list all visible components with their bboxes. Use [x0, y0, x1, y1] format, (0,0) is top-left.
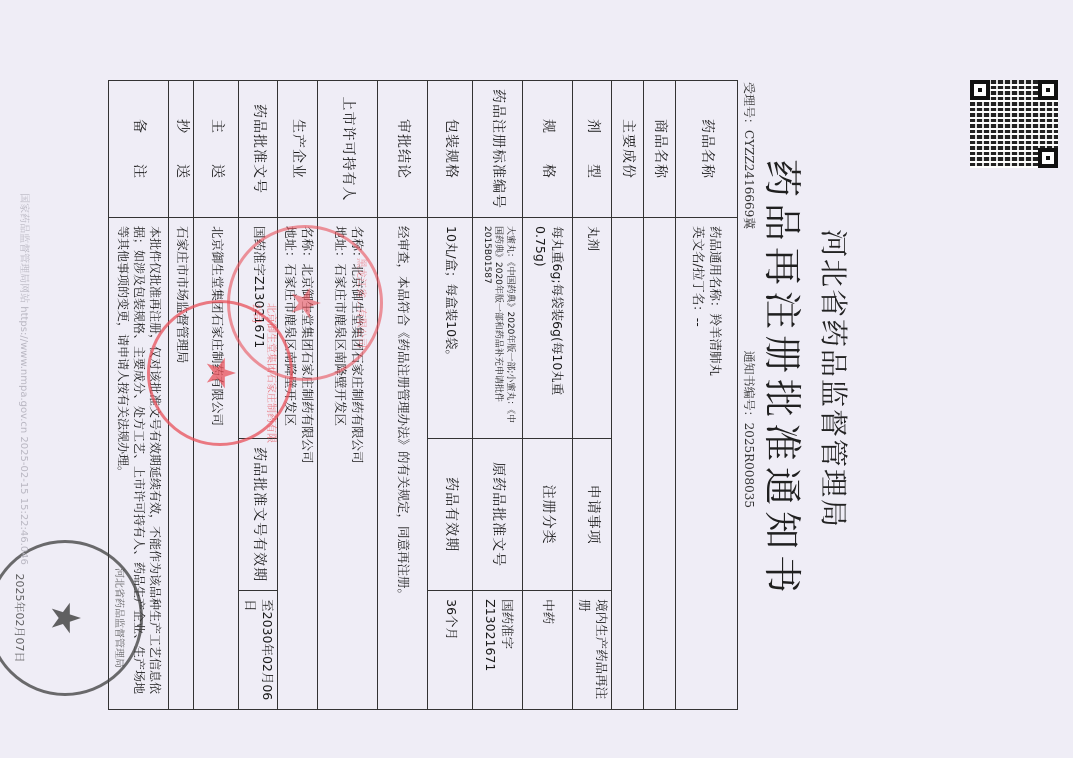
- document-title: 药品再注册批准通知书: [758, 0, 813, 758]
- value-original-approval-number: 国药准字Z13021671: [473, 591, 523, 710]
- row-standard-number: 药品注册标准编号 大蜜丸：《中国药典》2020年版一部;小蜜丸：《中国药典》20…: [473, 81, 523, 710]
- row-approval-number: 药品批准文号 国药准字Z13021671 药品批准文号有效期 至2030年02月…: [239, 81, 278, 710]
- label-standard-number: 药品注册标准编号: [473, 81, 523, 218]
- value-remarks: 本批件仅批准再注册，仅对该批准文号有效期延续有效，不能作为该品种生产工艺信息依据…: [109, 218, 169, 710]
- label-mah: 上市许可持有人: [318, 81, 378, 218]
- value-approval-validity: 至2030年02月06日: [239, 591, 278, 710]
- label-approval-number: 药品批准文号: [239, 81, 278, 218]
- issuing-authority: 河北省药品监督管理局: [815, 0, 855, 758]
- label-application-item: 申请事项: [573, 439, 612, 591]
- label-validity: 药品有效期: [428, 439, 473, 591]
- qr-code-icon: [970, 80, 1058, 168]
- label-drug-name: 药品名称: [676, 81, 738, 218]
- label-conclusion: 审批结论: [378, 81, 428, 218]
- label-recipient: 主 送: [194, 81, 239, 218]
- notice-number: 通知书编号：2025R008035: [741, 351, 758, 508]
- approval-form-table: 药品名称 药品通用名称：羚羊清肺丸 英文名/拉丁名：-- 商品名称 主要成份 剂…: [109, 80, 739, 710]
- label-registration-category: 注册分类: [523, 439, 573, 591]
- row-manufacturer: 生产企业 名称：北京御生堂集团石家庄制药有限公司 地址：石家庄市鹿泉区南降壁开发…: [278, 81, 318, 710]
- value-packaging: 10丸/盒；每盒装10袋。: [428, 218, 473, 439]
- label-remarks: 备 注: [109, 81, 169, 218]
- value-specification: 每丸重6g;每袋装6g(每10丸重0.75g): [523, 218, 573, 439]
- label-main-ingredients: 主要成份: [612, 81, 644, 218]
- value-dosage-form: 丸剂: [573, 218, 612, 439]
- value-conclusion: 经审查，本品符合《药品注册管理办法》的有关规定，同意再注册。: [378, 218, 428, 710]
- label-trade-name: 商品名称: [644, 81, 676, 218]
- row-cc: 抄 送 石家庄市市场监督管理局: [169, 81, 194, 710]
- row-drug-name: 药品名称 药品通用名称：羚羊清肺丸 英文名/拉丁名：--: [676, 81, 738, 710]
- approval-notice-page: 河北省药品监督管理局 药品再注册批准通知书 受理号：CYZZ2416669冀 通…: [0, 0, 1073, 758]
- row-recipient: 主 送 北京御生堂集团石家庄制药有限公司: [194, 81, 239, 710]
- value-recipient: 北京御生堂集团石家庄制药有限公司: [194, 218, 239, 710]
- label-packaging: 包装规格: [428, 81, 473, 218]
- star-icon: ★: [45, 600, 85, 636]
- row-main-ingredients: 主要成份: [612, 81, 644, 710]
- value-validity: 36个月: [428, 591, 473, 710]
- row-trade-name: 商品名称: [644, 81, 676, 710]
- label-approval-validity: 药品批准文号有效期: [239, 439, 278, 591]
- row-packaging: 包装规格 10丸/盒；每盒装10袋。 药品有效期 36个月: [428, 81, 473, 710]
- row-specification: 规 格 每丸重6g;每袋装6g(每10丸重0.75g) 注册分类 中药: [523, 81, 573, 710]
- value-application-item: 境内生产药品再注册: [573, 591, 612, 710]
- source-watermark: 国家药品监督管理局网站 https://www.nmpa.gov.cn 2025…: [18, 0, 33, 758]
- label-dosage-form: 剂 型: [573, 81, 612, 218]
- value-drug-name: 药品通用名称：羚羊清肺丸 英文名/拉丁名：--: [676, 218, 738, 710]
- value-registration-category: 中药: [523, 591, 573, 710]
- row-dosage-form: 剂 型 丸剂 申请事项 境内生产药品再注册: [573, 81, 612, 710]
- value-mah: 名称：北京御生堂集团石家庄制药有限公司 地址：石家庄市鹿泉区南降壁开发区: [318, 218, 378, 710]
- label-specification: 规 格: [523, 81, 573, 218]
- acceptance-number: 受理号：CYZZ2416669冀: [741, 82, 758, 229]
- row-mah: 上市许可持有人 名称：北京御生堂集团石家庄制药有限公司 地址：石家庄市鹿泉区南降…: [318, 81, 378, 710]
- value-trade-name: [644, 218, 676, 710]
- value-approval-number: 国药准字Z13021671: [239, 218, 278, 439]
- row-conclusion: 审批结论 经审查，本品符合《药品注册管理办法》的有关规定，同意再注册。: [378, 81, 428, 710]
- value-main-ingredients: [612, 218, 644, 710]
- value-cc: 石家庄市市场监督管理局: [169, 218, 194, 710]
- value-manufacturer: 名称：北京御生堂集团石家庄制药有限公司 地址：石家庄市鹿泉区南降壁开发区: [278, 218, 318, 710]
- value-standard-number: 大蜜丸：《中国药典》2020年版一部;小蜜丸：《中国药典》2020年版一部和药品…: [473, 218, 523, 439]
- label-original-approval-number: 原药品批准文号: [473, 439, 523, 591]
- label-cc: 抄 送: [169, 81, 194, 218]
- label-manufacturer: 生产企业: [278, 81, 318, 218]
- row-remarks: 备 注 本批件仅批准再注册，仅对该批准文号有效期延续有效，不能作为该品种生产工艺…: [109, 81, 169, 710]
